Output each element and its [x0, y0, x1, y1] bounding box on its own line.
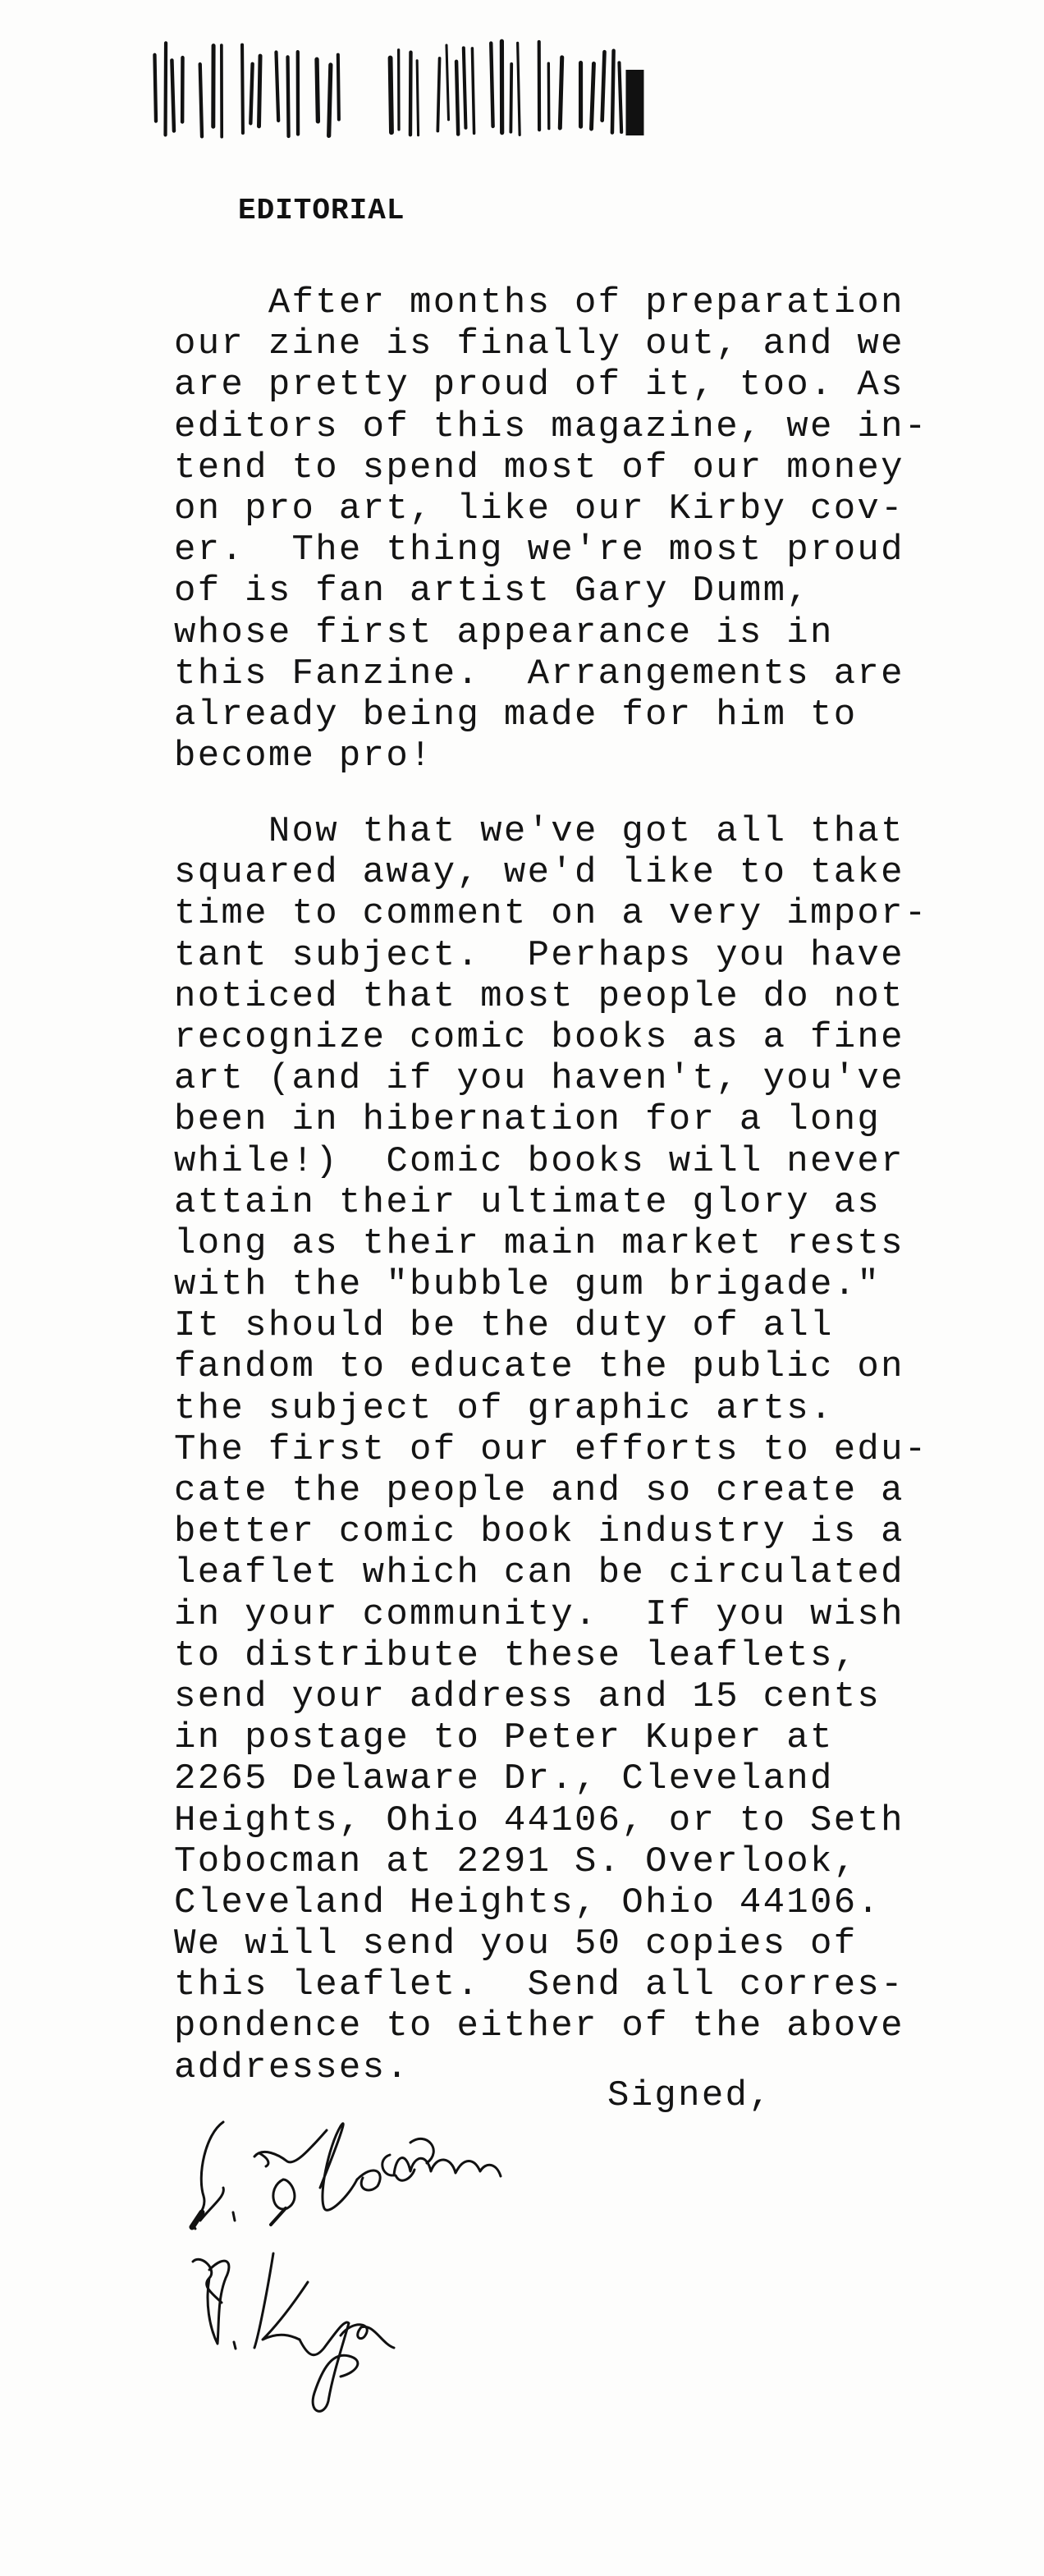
- text-line: time to comment on a very impor-: [174, 893, 995, 934]
- text-line: cate the people and so create a: [174, 1470, 995, 1511]
- editorial-paragraph-1: After months of preparationour zine is f…: [174, 282, 995, 777]
- text-line: attain their ultimate glory as: [174, 1182, 995, 1223]
- text-line: leaflet which can be circulated: [174, 1552, 995, 1593]
- text-line: tant subject. Perhaps you have: [174, 935, 995, 976]
- text-line: noticed that most people do not: [174, 976, 995, 1017]
- text-line: recognize comic books as a fine: [174, 1017, 995, 1058]
- text-line: addresses.: [174, 2047, 995, 2088]
- text-line: long as their main market rests: [174, 1223, 995, 1264]
- text-line: in your community. If you wish: [174, 1594, 995, 1635]
- text-line: while!) Comic books will never: [174, 1141, 995, 1182]
- text-line: better comic book industry is a: [174, 1511, 995, 1552]
- signature-tobocman: [181, 2097, 739, 2245]
- text-line: pondence to either of the above: [174, 2005, 995, 2047]
- signature-kuper: [176, 2245, 529, 2426]
- text-line: After months of preparation: [174, 282, 995, 323]
- text-line: to distribute these leaflets,: [174, 1635, 995, 1676]
- text-line: become pro!: [174, 736, 995, 777]
- text-line: er. The thing we're most proud: [174, 529, 995, 571]
- text-line: Heights, Ohio 44106, or to Seth: [174, 1800, 995, 1841]
- text-line: We will send you 50 copies of: [174, 1923, 995, 1964]
- masthead-lettering-graphic: [140, 29, 845, 144]
- text-line: editors of this magazine, we in-: [174, 406, 995, 447]
- text-line: the subject of graphic arts.: [174, 1388, 995, 1429]
- text-line: with the "bubble gum brigade.": [174, 1264, 995, 1305]
- text-line: The first of our efforts to edu-: [174, 1429, 995, 1470]
- text-line: 2265 Delaware Dr., Cleveland: [174, 1758, 995, 1799]
- text-line: Tobocman at 2291 S. Overlook,: [174, 1841, 995, 1882]
- text-line: art (and if you haven't, you've: [174, 1058, 995, 1099]
- text-line: Now that we've got all that: [174, 811, 995, 852]
- text-line: this Fanzine. Arrangements are: [174, 653, 995, 694]
- text-line: already being made for him to: [174, 694, 995, 736]
- editorial-heading: EDITORIAL: [238, 194, 405, 227]
- text-line: our zine is finally out, and we: [174, 323, 995, 364]
- text-line: on pro art, like our Kirby cov-: [174, 488, 995, 529]
- text-line: been in hibernation for a long: [174, 1099, 995, 1140]
- fanzine-page: EDITORIAL After months of preparationour…: [0, 0, 1044, 2576]
- text-line: send your address and 15 cents: [174, 1676, 995, 1717]
- text-line: Cleveland Heights, Ohio 44106.: [174, 1882, 995, 1923]
- text-line: of is fan artist Gary Dumm,: [174, 571, 995, 612]
- text-line: in postage to Peter Kuper at: [174, 1717, 995, 1758]
- text-line: squared away, we'd like to take: [174, 852, 995, 893]
- text-line: It should be the duty of all: [174, 1305, 995, 1346]
- editorial-paragraph-2: Now that we've got all thatsquared away,…: [174, 811, 995, 2088]
- text-line: are pretty proud of it, too. As: [174, 364, 995, 406]
- masthead-logo: [140, 29, 845, 144]
- text-line: whose first appearance is in: [174, 612, 995, 653]
- text-line: tend to spend most of our money: [174, 447, 995, 488]
- text-line: fandom to educate the public on: [174, 1346, 995, 1387]
- text-line: this leaflet. Send all corres-: [174, 1964, 995, 2005]
